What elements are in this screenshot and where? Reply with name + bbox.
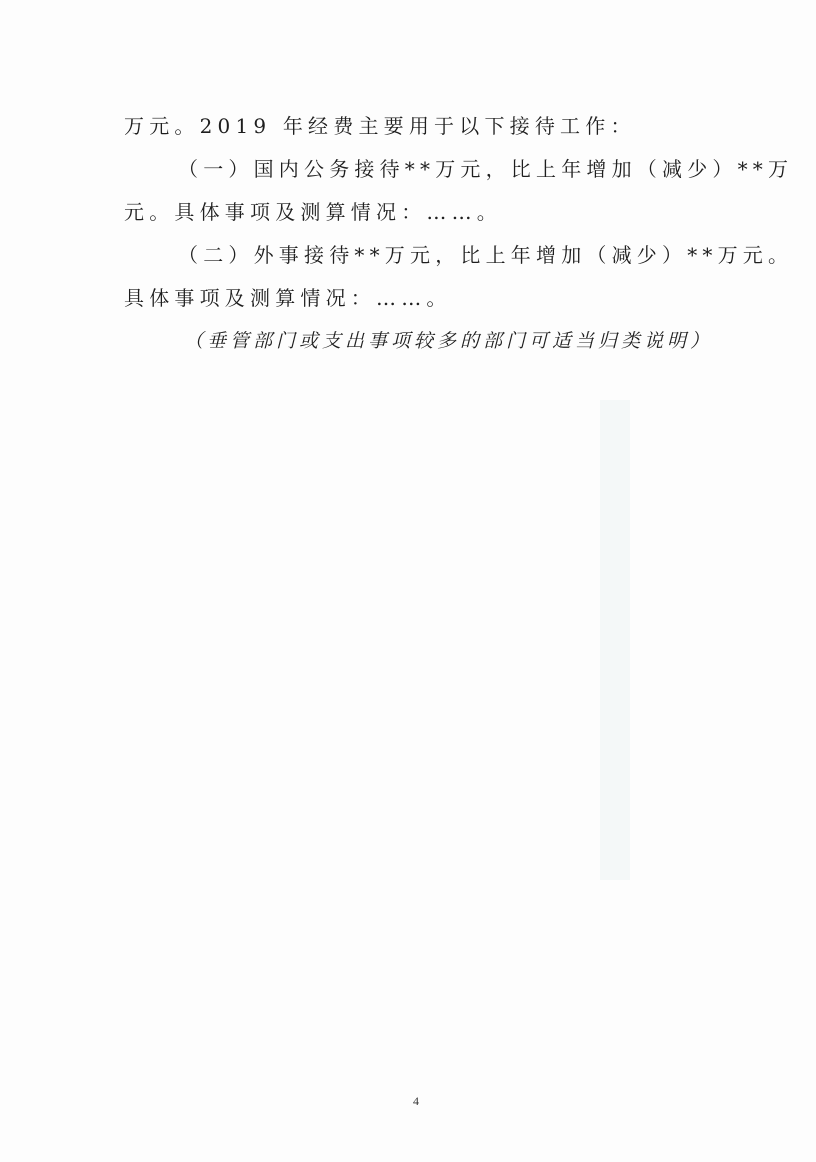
scan-bleed-through xyxy=(600,400,630,880)
paragraph-foreign-details: 具体事项及测算情况：……。 xyxy=(124,286,452,310)
paragraph-domestic-details: 元。具体事项及测算情况：……。 xyxy=(124,200,502,224)
document-page: 万元。2019 年经费主要用于以下接待工作： （一）国内公务接待**万元，比上年… xyxy=(0,0,816,1162)
italic-note: （垂管部门或支出事项较多的部门可适当归类说明） xyxy=(184,329,713,353)
paragraph-line-1: 万元。2019 年经费主要用于以下接待工作： xyxy=(124,114,636,138)
paragraph-domestic-reception: （一）国内公务接待**万元，比上年增加（减少）**万 xyxy=(178,157,793,181)
paragraph-foreign-reception: （二）外事接待**万元，比上年增加（减少）**万元。 xyxy=(178,243,793,267)
page-number: 4 xyxy=(413,1094,419,1109)
